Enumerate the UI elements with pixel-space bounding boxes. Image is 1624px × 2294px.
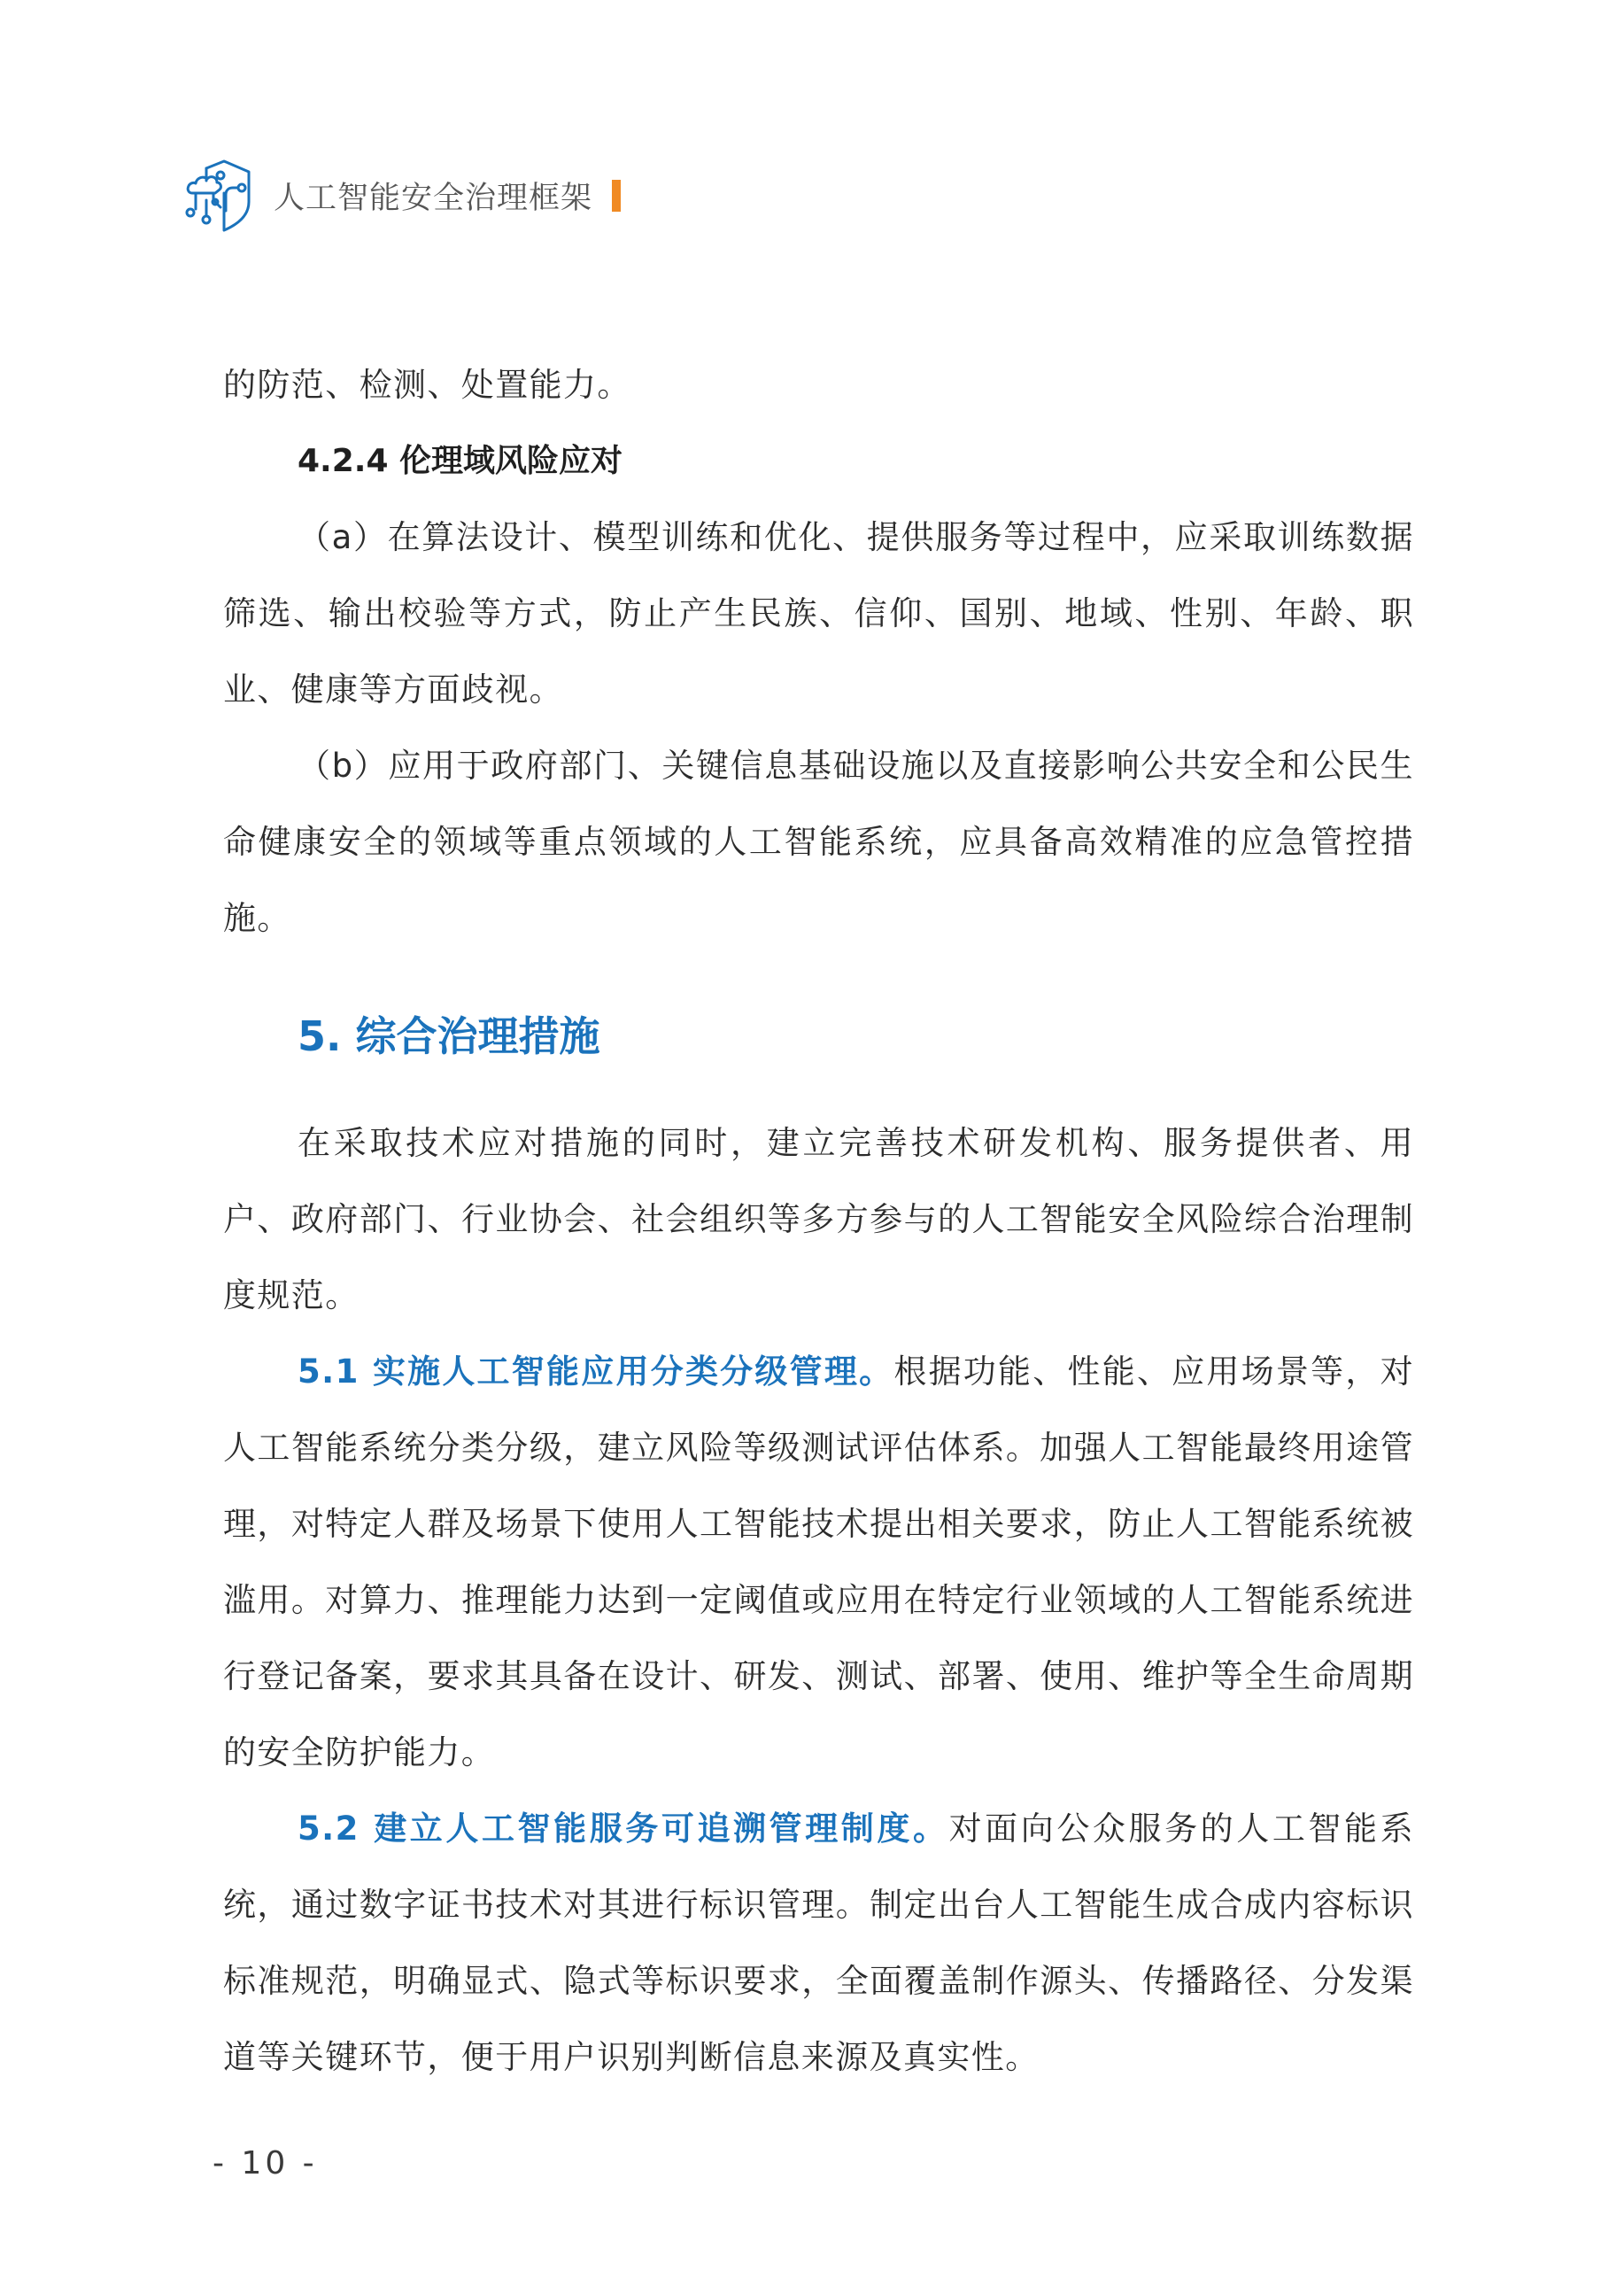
page-content: 的防范、检测、处置能力。 4.2.4 伦理域风险应对 （a）在算法设计、模型训练…: [223, 347, 1414, 2096]
subsection-5-1: 5.1 实施人工智能应用分类分级管理。根据功能、性能、应用场景等，对人工智能系统…: [223, 1334, 1414, 1791]
subsection-5-1-lead: 5.1 实施人工智能应用分类分级管理。: [298, 1352, 893, 1391]
list-item-b: （b）应用于政府部门、关键信息基础设施以及直接影响公共安全和公民生命健康安全的领…: [223, 728, 1414, 957]
document-title: 人工智能安全治理框架: [274, 174, 592, 218]
shield-cloud-circuit-icon: [180, 158, 256, 234]
subsection-5-2: 5.2 建立人工智能服务可追溯管理制度。对面向公众服务的人工智能系统，通过数字证…: [223, 1791, 1414, 2096]
section-5-intro: 在采取技术应对措施的同时，建立完善技术研发机构、服务提供者、用户、政府部门、行业…: [223, 1105, 1414, 1334]
section-heading-4-2-4: 4.2.4 伦理域风险应对: [223, 423, 1414, 500]
page-number: - 10 -: [213, 2145, 318, 2182]
list-item-a: （a）在算法设计、模型训练和优化、提供服务等过程中，应采取训练数据筛选、输出校验…: [223, 500, 1414, 728]
subsection-5-2-text: 对面向公众服务的人工智能系统，通过数字证书技术对其进行标识管理。制定出台人工智能…: [223, 1810, 1414, 2076]
document-header: 人工智能安全治理框架: [180, 156, 621, 236]
continuation-text: 的防范、检测、处置能力。: [223, 347, 1414, 423]
subsection-5-1-text: 根据功能、性能、应用场景等，对人工智能系统分类分级，建立风险等级测试评估体系。加…: [223, 1352, 1414, 1771]
accent-bar: [612, 180, 621, 212]
section-heading-5: 5. 综合治理措施: [223, 1010, 1414, 1063]
subsection-5-2-lead: 5.2 建立人工智能服务可追溯管理制度。: [298, 1810, 949, 1848]
